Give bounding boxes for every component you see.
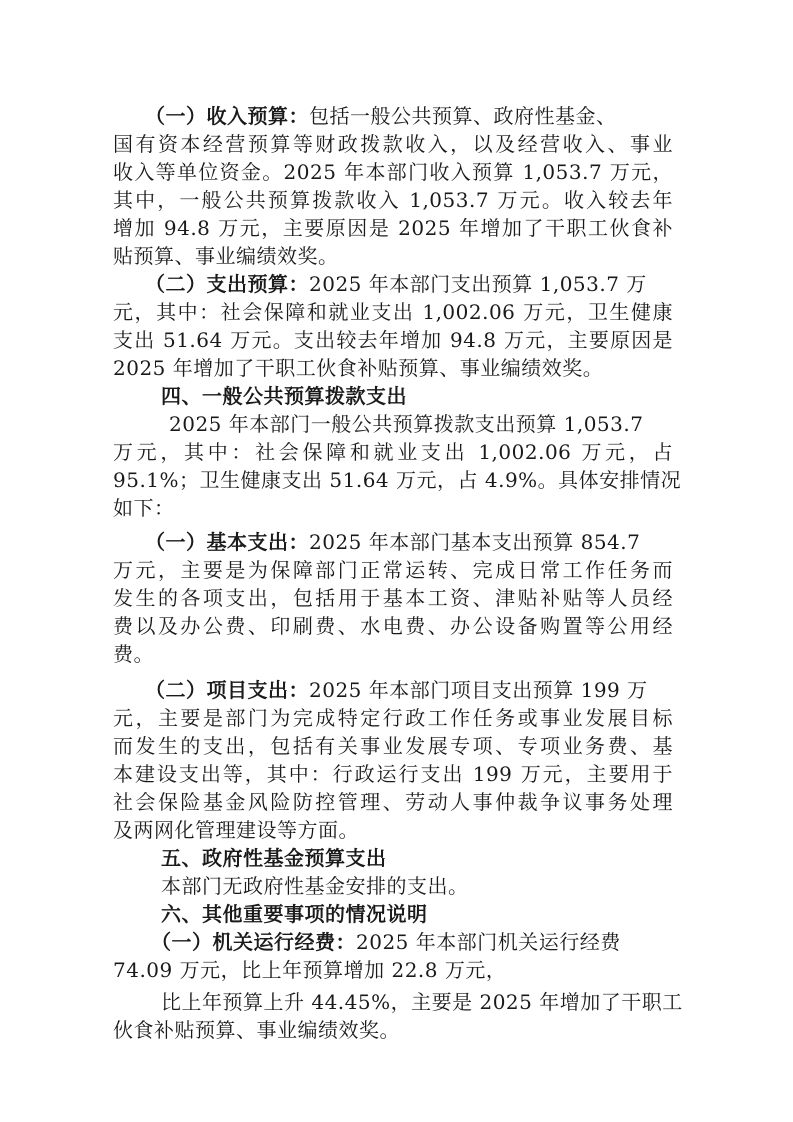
- heading-general-public-budget-expenditure: 四、一般公共预算拨款支出: [161, 382, 407, 410]
- paragraph-line: 74.09 万元，比上年预算增加 22.8 万元，: [113, 956, 506, 984]
- paragraph-project-expenditure-line-1: （二）项目支出：2025 年本部门项目支出预算 199 万: [145, 676, 648, 704]
- paragraph-line: 本部门无政府性基金安排的支出。: [161, 872, 469, 900]
- expenditure-budget-label: （二）支出预算：: [145, 272, 309, 296]
- paragraph-line: 2025 年增加了干职工伙食补贴预算、事业编绩效奖。: [113, 354, 603, 382]
- paragraph-line: 伙食补贴预算、事业编绩效奖。: [113, 1016, 400, 1044]
- operating-expenses-label: （一）机关运行经费：: [151, 930, 356, 954]
- paragraph-basic-expenditure-line-1: （一）基本支出：2025 年本部门基本支出预算 854.7: [145, 528, 640, 556]
- text: 包括一般公共预算、政府性基金、: [309, 104, 617, 128]
- paragraph-line: 收入等单位资金。2025 年本部门收入预算 1,053.7 万元，: [113, 158, 673, 186]
- text: 2025 年本部门支出预算 1,053.7 万: [309, 272, 647, 296]
- paragraph-operating-expenses-line-1: （一）机关运行经费：2025 年本部门机关运行经费: [151, 928, 621, 956]
- paragraph-line: 发生的各项支出，包括用于基本工资、津贴补贴等人员经: [113, 584, 673, 612]
- income-budget-label: （一）收入预算：: [145, 104, 309, 128]
- heading-other-important-matters: 六、其他重要事项的情况说明: [161, 900, 428, 928]
- paragraph-line: 本建设支出等，其中：行政运行支出 199 万元，主要用于: [113, 760, 673, 788]
- project-expenditure-label: （二）项目支出：: [145, 678, 309, 702]
- paragraph-line: 费。: [113, 640, 154, 668]
- paragraph-line: 如下：: [113, 494, 175, 522]
- paragraph-line: 元，主要是部门为完成特定行政工作任务或事业发展目标: [113, 704, 673, 732]
- paragraph-line: 万元，主要是为保障部门正常运转、完成日常工作任务而: [113, 556, 673, 584]
- paragraph-expenditure-budget-line-1: （二）支出预算：2025 年本部门支出预算 1,053.7 万: [145, 270, 647, 298]
- paragraph-line: 元，其中：社会保障和就业支出 1,002.06 万元，卫生健康: [113, 298, 673, 326]
- text: 2025 年本部门基本支出预算 854.7: [309, 530, 640, 554]
- heading-government-fund-budget: 五、政府性基金预算支出: [161, 844, 387, 872]
- paragraph-income-budget-line-1: （一）收入预算：包括一般公共预算、政府性基金、: [145, 102, 617, 130]
- paragraph-line: 贴预算、事业编绩效奖。: [113, 242, 339, 270]
- paragraph-line: 其中，一般公共预算拨款收入 1,053.7 万元。收入较去年: [113, 186, 673, 214]
- paragraph-line: 费以及办公费、印刷费、水电费、办公设备购置等公用经: [113, 612, 673, 640]
- paragraph-line: 比上年预算上升 44.45%，主要是 2025 年增加了干职工: [161, 988, 683, 1016]
- paragraph-line: 支出 51.64 万元。支出较去年增加 94.8 万元，主要原因是: [113, 326, 673, 354]
- paragraph-line: 2025 年本部门一般公共预算拨款支出预算 1,053.7: [169, 410, 643, 438]
- paragraph-line: 增加 94.8 万元，主要原因是 2025 年增加了干职工伙食补: [113, 214, 673, 242]
- text: 2025 年本部门项目支出预算 199 万: [309, 678, 648, 702]
- paragraph-line: 95.1%；卫生健康支出 51.64 万元，占 4.9%。具体安排情况: [113, 466, 673, 494]
- paragraph-line: 万元，其中：社会保障和就业支出 1,002.06 万元，占: [113, 438, 673, 466]
- paragraph-line: 国有资本经营预算等财政拨款收入，以及经营收入、事业: [113, 130, 673, 158]
- paragraph-line: 社会保险基金风险防控管理、劳动人事仲裁争议事务处理: [113, 788, 673, 816]
- text: 2025 年本部门机关运行经费: [356, 930, 621, 954]
- paragraph-line: 及两网化管理建设等方面。: [113, 816, 359, 844]
- basic-expenditure-label: （一）基本支出：: [145, 530, 309, 554]
- paragraph-line: 而发生的支出，包括有关事业发展专项、专项业务费、基: [113, 732, 673, 760]
